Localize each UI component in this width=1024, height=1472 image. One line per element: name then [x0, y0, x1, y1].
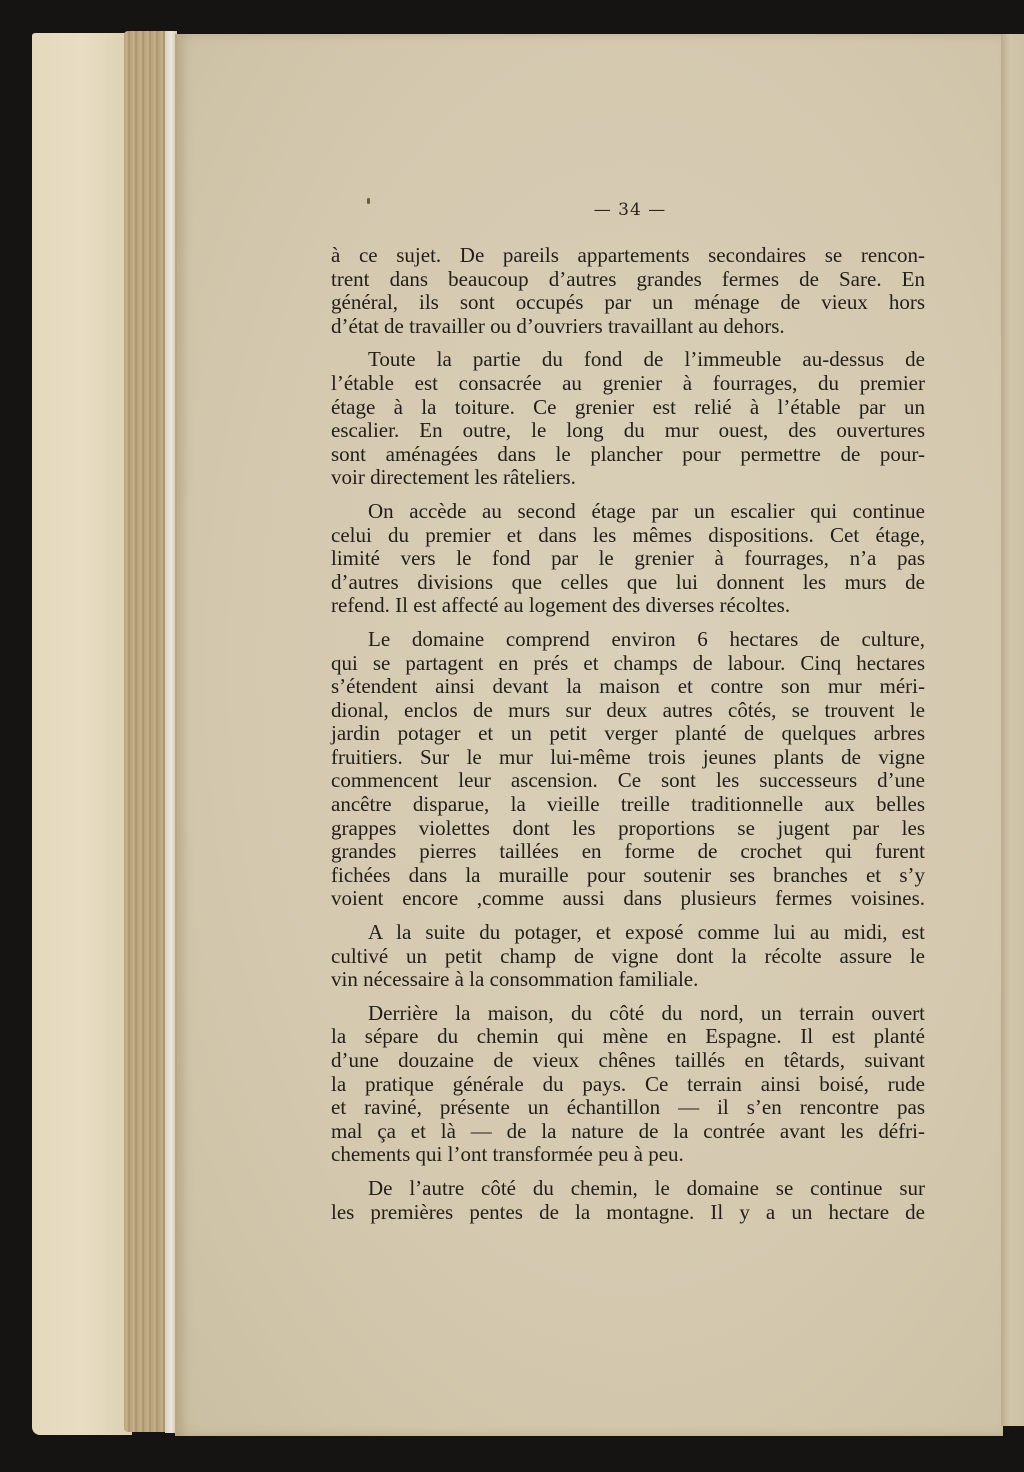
text-line: qui se partagent en prés et champs de la…: [331, 652, 925, 676]
text-line: sont aménagées dans le plancher pour per…: [331, 443, 925, 467]
text-line: jardin potager et un petit verger planté…: [331, 722, 925, 746]
text-line: voient encore ,comme aussi dans plusieur…: [331, 887, 925, 911]
text-line: d’état de travailler ou d’ouvriers trava…: [331, 315, 925, 339]
text-line: chements qui l’ont transformée peu à peu…: [331, 1143, 925, 1167]
text-line: étage à la toiture. Ce grenier est relié…: [331, 396, 925, 420]
paragraph: De l’autre côté du chemin, le domaine se…: [331, 1177, 925, 1224]
text-line: fruitiers. Sur le mur lui-même trois jeu…: [331, 746, 925, 770]
text-line: mal ça et là — de la nature de la contré…: [331, 1120, 925, 1144]
paragraph: Le domaine comprend environ 6 hectares d…: [331, 628, 925, 911]
text-line: celui du premier et dans les mêmes dispo…: [331, 524, 925, 548]
paragraph: A la suite du potager, et exposé comme l…: [331, 921, 925, 992]
scan-scene: — 34 — à ce sujet. De pareils appartemen…: [0, 0, 1024, 1472]
ink-speck: [367, 198, 370, 204]
text-line: la sépare du chemin qui mène en Espagne.…: [331, 1025, 925, 1049]
text-line: d’une douzaine de vieux chênes taillés e…: [331, 1049, 925, 1073]
paragraph: Toute la partie du fond de l’immeuble au…: [331, 348, 925, 490]
paragraph: On accède au second étage par un escalie…: [331, 500, 925, 618]
text-line: la pratique générale du pays. Ce terrain…: [331, 1073, 925, 1097]
text-line: ancêtre disparue, la vieille treille tra…: [331, 793, 925, 817]
book-cover-edge: [32, 33, 132, 1435]
text-line: limité vers le fond par le grenier à fou…: [331, 547, 925, 571]
text-line: les premières pentes de la montagne. Il …: [331, 1201, 925, 1225]
paragraph: Derrière la maison, du côté du nord, un …: [331, 1002, 925, 1167]
facing-page-edge: [1001, 34, 1024, 1426]
page-stack-edges: [124, 31, 168, 1432]
text-line: refend. Il est affecté au logement des d…: [331, 594, 925, 618]
text-line: l’étable est consacrée au grenier à four…: [331, 372, 925, 396]
text-line: commencent leur ascension. Ce sont les s…: [331, 769, 925, 793]
text-line: escalier. En outre, le long du mur ouest…: [331, 419, 925, 443]
text-line: grandes pierres taillées en forme de cro…: [331, 840, 925, 864]
text-line: Le domaine comprend environ 6 hectares d…: [331, 628, 925, 652]
text-line: s’étendent ainsi devant la maison et con…: [331, 675, 925, 699]
text-line: fichées dans la muraille pour soutenir s…: [331, 864, 925, 888]
text-line: A la suite du potager, et exposé comme l…: [331, 921, 925, 945]
text-line: voir directement les râteliers.: [331, 466, 925, 490]
page-number: — 34 —: [560, 200, 700, 220]
body-text: à ce sujet. De pareils appartements seco…: [331, 244, 925, 1234]
text-line: Derrière la maison, du côté du nord, un …: [331, 1002, 925, 1026]
text-line: Toute la partie du fond de l’immeuble au…: [331, 348, 925, 372]
text-line: dional, enclos de murs sur deux autres c…: [331, 699, 925, 723]
text-line: cultivé un petit champ de vigne dont la …: [331, 945, 925, 969]
text-line: et raviné, présente un échantillon — il …: [331, 1096, 925, 1120]
text-line: De l’autre côté du chemin, le domaine se…: [331, 1177, 925, 1201]
text-line: vin nécessaire à la consommation familia…: [331, 968, 925, 992]
text-line: On accède au second étage par un escalie…: [331, 500, 925, 524]
text-line: trent dans beaucoup d’autres grandes fer…: [331, 268, 925, 292]
text-line: général, ils sont occupés par un ménage …: [331, 291, 925, 315]
paragraph: à ce sujet. De pareils appartements seco…: [331, 244, 925, 338]
text-line: grappes violettes dont les proportions s…: [331, 817, 925, 841]
text-line: d’autres divisions que celles que lui do…: [331, 571, 925, 595]
text-line: à ce sujet. De pareils appartements seco…: [331, 244, 925, 268]
